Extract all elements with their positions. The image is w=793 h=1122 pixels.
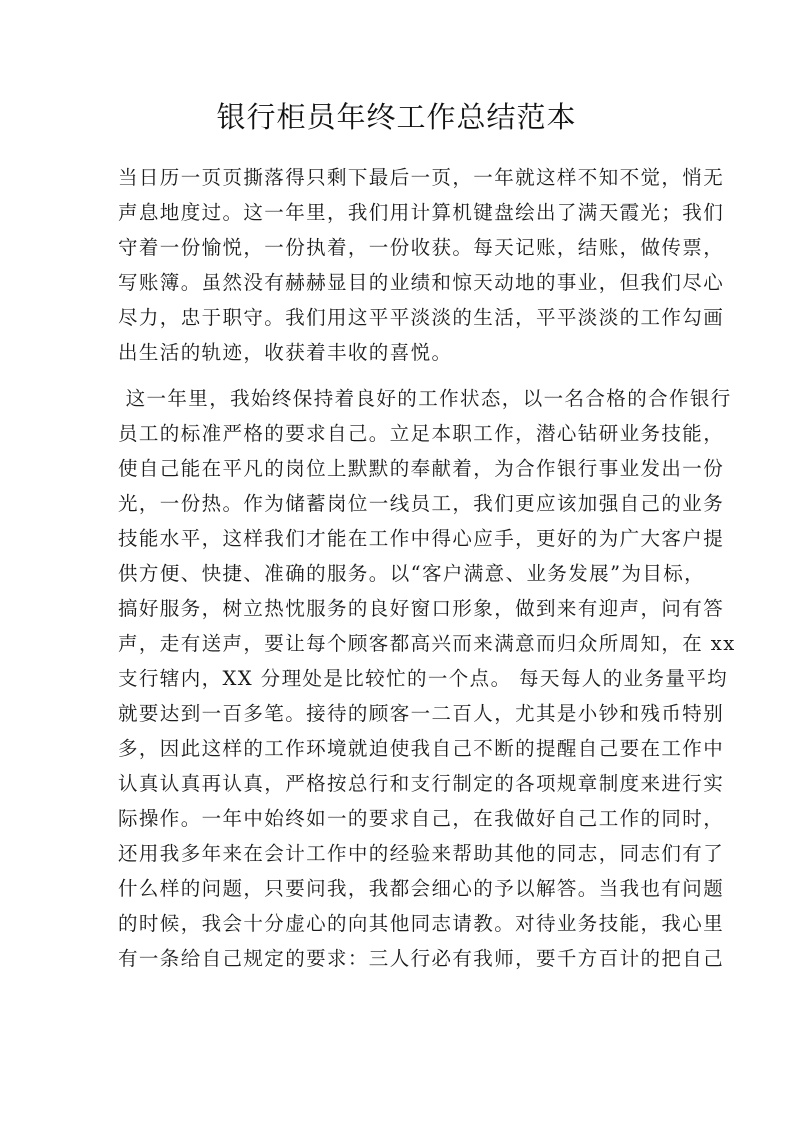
text-line: 使自己能在平凡的岗位上默默的奉献着，为合作银行事业发出一份	[118, 451, 678, 486]
paragraph-spacer	[118, 370, 678, 381]
text-line: 声息地度过。这一年里，我们用计算机键盘绘出了满天霞光；我们	[118, 195, 678, 230]
text-line: 就要达到一百多笔。接待的顾客一二百人，尤其是小钞和残币特别	[118, 696, 678, 731]
text-line: 有一条给自己规定的要求：三人行必有我师，要千方百计的把自己	[118, 941, 678, 976]
text-line: 还用我多年来在会计工作中的经验来帮助其他的同志，同志们有了	[118, 836, 678, 871]
text-line: 多，因此这样的工作环境就迫使我自己不断的提醒自己要在工作中	[118, 731, 678, 766]
document-body: 当日历一页页撕落得只剩下最后一页，一年就这样不知不觉，悄无 声息地度过。这一年里…	[118, 160, 678, 976]
text-line: 出生活的轨迹，收获着丰收的喜悦。	[118, 335, 678, 370]
text-line: 当日历一页页撕落得只剩下最后一页，一年就这样不知不觉，悄无	[118, 160, 678, 195]
document-title: 银行柜员年终工作总结范本	[0, 97, 793, 137]
text-line: 光，一份热。作为储蓄岗位一线员工，我们更应该加强自己的业务	[118, 486, 678, 521]
text-line: 际操作。一年中始终如一的要求自己，在我做好自己工作的同时，	[118, 801, 678, 836]
paragraph-1: 当日历一页页撕落得只剩下最后一页，一年就这样不知不觉，悄无 声息地度过。这一年里…	[118, 160, 678, 370]
text-line: 尽力，忠于职守。我们用这平平淡淡的生活，平平淡淡的工作勾画	[118, 300, 678, 335]
document-page: 银行柜员年终工作总结范本 当日历一页页撕落得只剩下最后一页，一年就这样不知不觉，…	[0, 0, 793, 1122]
text-line: 员工的标准严格的要求自己。立足本职工作，潜心钻研业务技能，	[118, 416, 678, 451]
text-line: 技能水平，这样我们才能在工作中得心应手，更好的为广大客户提	[118, 521, 678, 556]
paragraph-2: 这一年里，我始终保持着良好的工作状态，以一名合格的合作银行 员工的标准严格的要求…	[118, 381, 678, 976]
text-line: 声，走有送声，要让每个顾客都高兴而来满意而归众所周知，在 xx	[118, 626, 678, 661]
text-line: 守着一份愉悦，一份执着，一份收获。每天记账，结账，做传票，	[118, 230, 678, 265]
text-line: 的时候，我会十分虚心的向其他同志请教。对待业务技能，我心里	[118, 906, 678, 941]
text-line: 什么样的问题，只要问我，我都会细心的予以解答。当我也有问题	[118, 871, 678, 906]
text-line: 搞好服务，树立热忱服务的良好窗口形象，做到来有迎声，问有答	[118, 591, 678, 626]
text-line: 供方便、快捷、准确的服务。以“客户满意、业务发展”为目标，	[118, 556, 678, 591]
text-line: 这一年里，我始终保持着良好的工作状态，以一名合格的合作银行	[118, 381, 678, 416]
text-line: 认真认真再认真，严格按总行和支行制定的各项规章制度来进行实	[118, 766, 678, 801]
text-line: 支行辖内，XX 分理处是比较忙的一个点。 每天每人的业务量平均	[118, 661, 678, 696]
text-line: 写账簿。虽然没有赫赫显目的业绩和惊天动地的事业，但我们尽心	[118, 265, 678, 300]
